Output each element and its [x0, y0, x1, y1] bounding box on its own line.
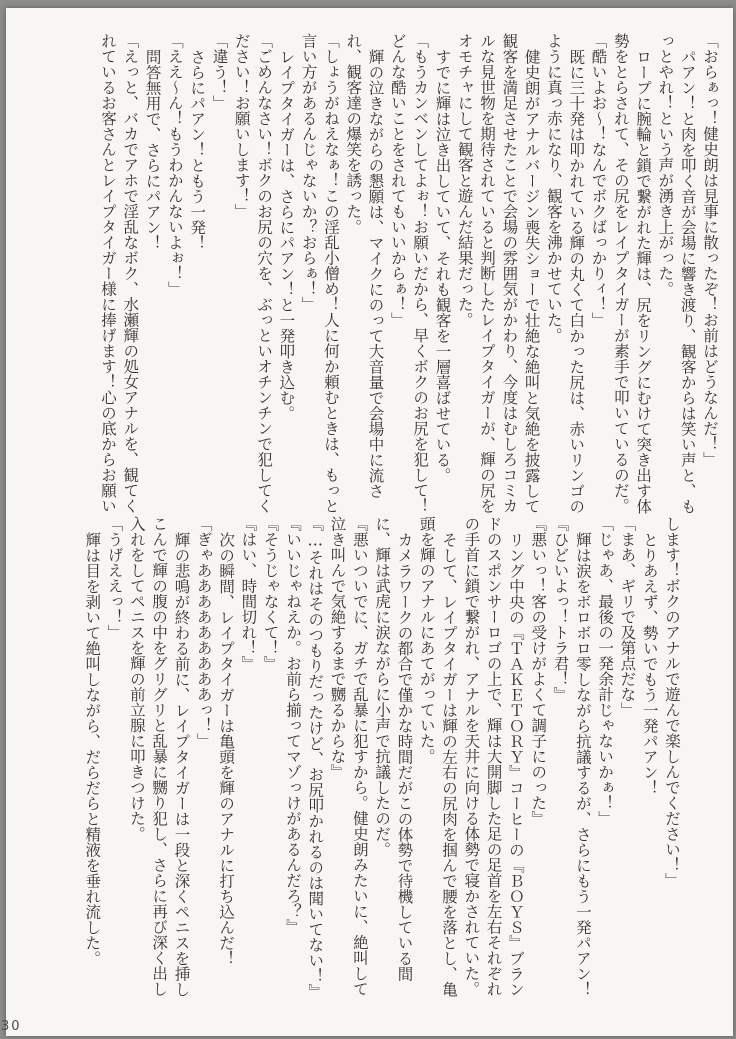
paragraph: 「しょうがねえなぁ！この淫乱小僧め！人に何か頼むときは、もっと言い方があるんじゃ…	[297, 33, 342, 514]
paragraph: 輝の泣きながらの懇願は、マイクにのって大音量で会場中に流され、観客達の爆笑を誘っ…	[342, 33, 387, 514]
paragraph: 「うげええっ！」	[103, 516, 125, 997]
paragraph: すでに輝は泣き出していて、それも観客を一層喜ばせている。	[431, 33, 453, 514]
paragraph: ロープに腕輪と鎖で繋がれた輝は、尻をリングにむけて突き出す体勢をとらされて、その…	[610, 33, 655, 514]
paragraph: 既に三十発は叩かれている輝の丸くて白かった尻は、赤いリンゴのように真っ赤になり、…	[543, 33, 588, 514]
paragraph: 輝の悲鳴が終わる前に、レイプタイガーは一段と深くペニスを挿しこんで輝の腹の中をグ…	[126, 516, 193, 997]
paragraph: カメラワークの都合で僅かな時間だがこの体勢で待機している間に、輝は武虎に涙ながら…	[371, 516, 416, 997]
paragraph: 『はい、時間切れ！』	[237, 516, 259, 997]
paragraph: とりあえず、勢いでもう一発パアン！	[638, 516, 660, 997]
paragraph: 「もうカンベンしてよぉ！お願いだから、早くボクのお尻を犯して！どんな酷いことをさ…	[387, 33, 432, 514]
page-number: 30	[1, 1019, 22, 1034]
paragraph: 『…それはそのつもりだったけど、お尻叩かれるのは聞いてない！』	[304, 516, 326, 997]
paragraph: 「えっと、バカでアホで淫乱なボク、水瀬輝の処女アナルを、観てくれているお客さんと…	[97, 33, 142, 514]
paragraph: 健史朗がアナルバージン喪失ショーで壮絶な絶叫と気絶を披露して観客を満足させたこと…	[453, 33, 542, 514]
paragraph: 『いいじゃねえか。お前ら揃ってマゾっけがあるんだろ？』	[282, 516, 304, 997]
paragraph: 輝は目を剥いて絶叫しながら、だらだらと精液を垂れ流した。	[81, 516, 103, 997]
paragraph: します！ボクのアナルで遊んで楽しんでください！」	[661, 516, 683, 997]
text-block-bottom: します！ボクのアナルで遊んで楽しんでください！」とりあえず、勢いでもう一発パアン…	[81, 516, 683, 997]
paragraph: リング中央の『ＴＡＫＥＴＯＲＹ』コーヒーの『ＢＯＹＳ』ブランドのスポンサーロゴの…	[460, 516, 527, 997]
paragraph: そして、レイプタイガーは輝の左右の尻肉を掴んで腰を落とし、亀頭を輝のアナルにあて…	[415, 516, 460, 997]
text-block-top: 「おらぁっ！健史朗は見事に散ったぞ！お前はどうなんだ！」パアン！と肉を叩く音が会…	[97, 33, 721, 514]
paragraph: 『そうじゃなくて！』	[259, 516, 281, 997]
paragraph: 「ごめんなさい！ボクのお尻の穴を、ぶっといオチンチンで犯してください！お願いしま…	[230, 33, 275, 514]
paragraph: レイプタイガーは、さらにパアン！と一発叩き込む。	[275, 33, 297, 514]
paragraph: 「違う！」	[208, 33, 230, 514]
paragraph: 次の瞬間、レイプタイガーは亀頭を輝のアナルに打ち込んだ！	[215, 516, 237, 997]
paragraph: 『悪いっ！客の受けがよくて調子にのった』	[527, 516, 549, 997]
paragraph: 「おらぁっ！健史朗は見事に散ったぞ！お前はどうなんだ！」	[699, 33, 721, 514]
paragraph: 「じゃあ、最後の一発余計じゃないかぁ！」	[594, 516, 616, 997]
paragraph: 『悪いついでに、ガチで乱暴に犯すから。健史朗みたいに、絶叫して泣き叫んで気絶する…	[326, 516, 371, 997]
paragraph: 輝は涙をボロボロ零しながら抗議するが、さらにもう一発パアン！	[572, 516, 594, 997]
paragraph: さらにパアン！ともう一発！	[186, 33, 208, 514]
scan-background: 「おらぁっ！健史朗は見事に散ったぞ！お前はどうなんだ！」パアン！と肉を叩く音が会…	[0, 0, 736, 1039]
paragraph: 「ぎゃあああああああああっ！」	[192, 516, 214, 997]
paragraph: 『ひどいよっ！トラ君！』	[549, 516, 571, 997]
paragraph: 「酷いよお～！なんでボクばっかりィ！」	[587, 33, 609, 514]
paragraph: 「ええ～ん！もうわかんないよぉ！」	[164, 33, 186, 514]
paragraph: 「まあ、ギリで及第点だな」	[616, 516, 638, 997]
paragraph: パアン！と肉を叩く音が会場に響き渡り、観客からは笑い声と、もっとやれ！という声が…	[654, 33, 699, 514]
paragraph: 問答無用で、さらにパアン！	[141, 33, 163, 514]
